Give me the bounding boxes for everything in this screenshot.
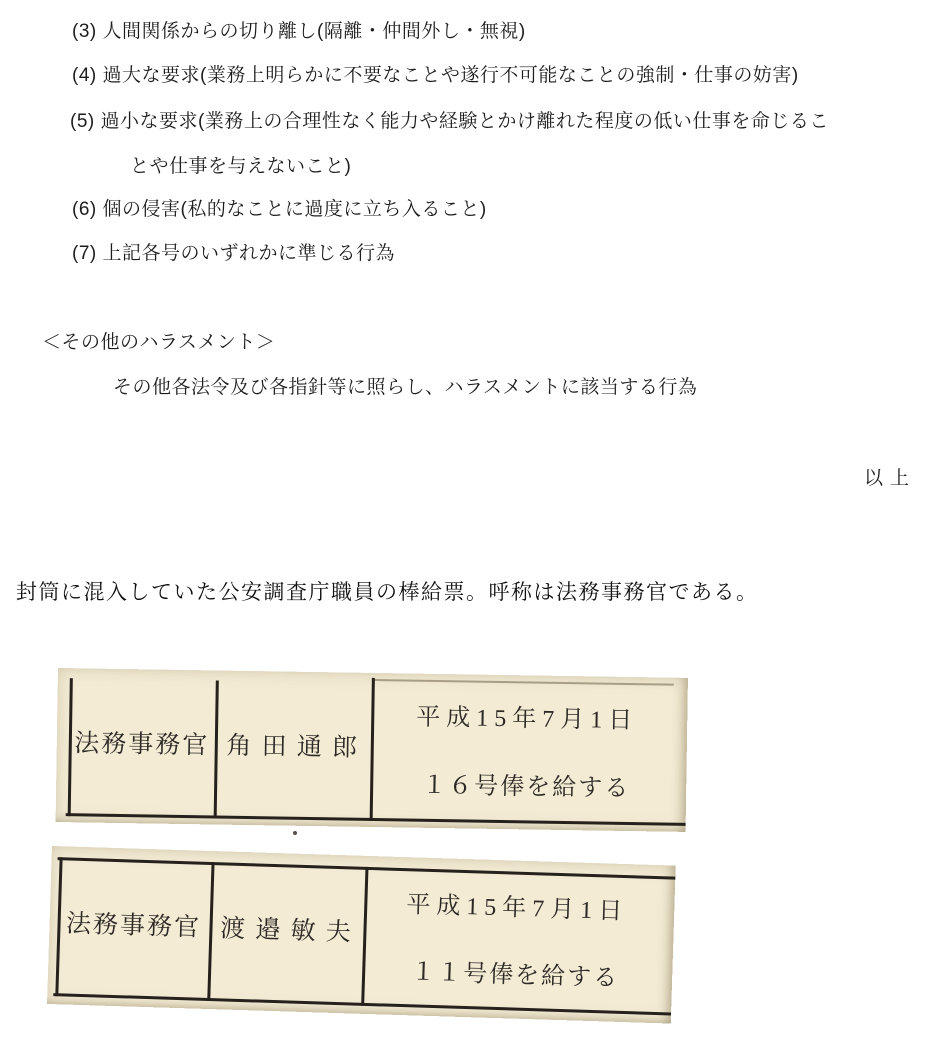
- slip2-post-cell: 法務事務官: [57, 910, 210, 943]
- slip2-date-line: 平成15年7月1日: [364, 890, 671, 928]
- slip2-grade-line: １１号俸を給する: [362, 957, 669, 995]
- other-harassment-body: その他各法令及び各指針等に照らし、ハラスメントに該当する行為: [113, 376, 697, 400]
- list-item-5-line2: とや仕事を与えないこと): [130, 155, 351, 179]
- pay-slip-scan-1: 法務事務官 角 田 通 郎 平成15年7月1日 １６号俸を給する: [56, 668, 688, 832]
- slip1-top-border-faint: [372, 679, 674, 686]
- slip1-post-cell: 法務事務官: [69, 730, 215, 760]
- list-item-5-line1: (5) 過小な要求(業務上の合理性なく能力や経験とかけ離れた程度の低い仕事を命じ…: [70, 110, 829, 134]
- slip1-date-line: 平成15年7月1日: [371, 703, 683, 736]
- slip1-name-cell: 角 田 通 郎: [215, 732, 371, 762]
- list-item-3: (3) 人間関係からの切り離し(隔離・仲間外し・無視): [72, 20, 526, 44]
- list-item-6: (6) 個の侵害(私的なことに過度に立ち入ること): [72, 198, 487, 222]
- closing-ijou: 以上: [864, 467, 916, 491]
- photo-caption: 封筒に混入していた公安調査庁職員の棒給票。呼称は法務事務官である。: [16, 576, 759, 606]
- other-harassment-heading: ＜その他のハラスメント＞: [42, 331, 275, 355]
- list-item-4: (4) 過大な要求(業務上明らかに不要なことや遂行不可能なことの強制・仕事の妨害…: [72, 64, 799, 88]
- pay-slip-scan-2: 法務事務官 渡 邉 敏 夫 平成15年7月1日 １１号俸を給する: [47, 846, 676, 1024]
- slip2-name-cell: 渡 邉 敏 夫: [209, 915, 364, 948]
- list-item-7: (7) 上記各号のいずれかに準じる行為: [72, 242, 395, 266]
- slip1-grade-line: １６号俸を給する: [370, 771, 682, 804]
- slip1-border-bottom: [66, 813, 686, 826]
- scan-speck: [293, 831, 297, 835]
